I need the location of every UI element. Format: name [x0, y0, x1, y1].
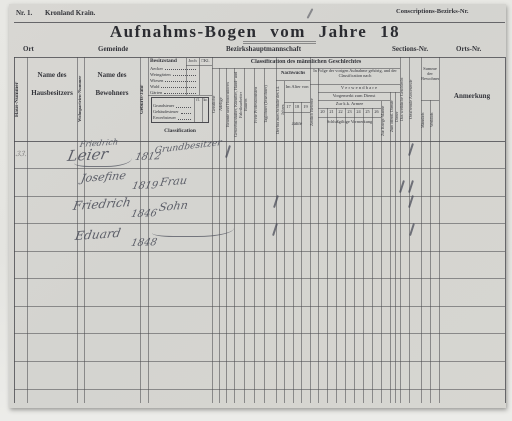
- grid-line: [318, 108, 381, 109]
- grid-line: [318, 141, 319, 403]
- marine-col: Zur Kriegs-Marine: [381, 102, 390, 139]
- handwritten-entry: 1848: [130, 237, 158, 249]
- armee-year: 21: [327, 110, 336, 115]
- grid-line: [381, 141, 382, 403]
- nachwuchs-year: 19: [301, 104, 310, 109]
- conscription-district-label: Conscriptions-Bezirks-Nr.: [396, 8, 469, 15]
- nachwuchs-year: 18: [293, 104, 301, 109]
- grid-line: [254, 68, 255, 141]
- jahre-label: Jahre: [284, 122, 310, 128]
- ortsfremde-col: Ortsfremde Anwesende: [409, 59, 421, 139]
- besitzstand-title: Besitzstand: [150, 58, 184, 64]
- grid-line: [14, 196, 505, 197]
- handwritten-entry: 33.: [15, 150, 28, 158]
- grid-line: [354, 141, 355, 403]
- grid-line: [318, 92, 400, 93]
- armee-year: 23: [345, 110, 354, 115]
- class-col-tagloehner: Taglöhner (Inwohner): [264, 70, 276, 139]
- grid-line: [345, 141, 346, 403]
- grid-line: [327, 108, 328, 141]
- col-header-hausbesitzer: Name des Hausbesitzers: [28, 66, 76, 140]
- grid-line: [212, 68, 400, 69]
- klafter-unit-label: □Kl.: [199, 58, 212, 63]
- grid-line: [243, 43, 316, 44]
- grid-line: [327, 141, 328, 403]
- grid-line: [27, 141, 28, 403]
- besitz-row: Weingärten: [150, 72, 198, 77]
- grid-line: [140, 57, 141, 141]
- handwritten-entry: 1846: [130, 208, 158, 220]
- grid-line: [226, 68, 227, 141]
- grid-line: [390, 92, 391, 141]
- grid-line: [301, 141, 302, 403]
- grid-line: [395, 92, 396, 141]
- grid-line: [421, 141, 422, 403]
- grid-line: [310, 57, 311, 141]
- grid-line: [430, 100, 431, 141]
- armee-year: 20: [318, 110, 327, 115]
- steuer-row: Gebäudesteuer: [153, 110, 193, 115]
- grid-line: [219, 68, 220, 141]
- grid-line: [148, 57, 149, 141]
- grid-line: [284, 81, 285, 141]
- nachwuchs-year: 17: [284, 104, 293, 109]
- male-classification-group-title: Classification des männlichen Geschlecht…: [212, 59, 400, 66]
- summe-header: Summe der Bewohner: [421, 66, 439, 98]
- scanned-form: Nr. 1. Kronland Krain. Conscriptions-Bez…: [0, 0, 512, 421]
- infolge-title: In Folge der vorigen Aufnahme gehörig, u…: [311, 69, 399, 83]
- grid-line: [14, 57, 15, 141]
- armee-year: 25: [363, 110, 372, 115]
- armee-year: 24: [354, 110, 363, 115]
- sections-nr-label: Sections-Nr.: [392, 45, 428, 53]
- grid-line: [409, 141, 410, 403]
- grid-line: [264, 141, 265, 403]
- grid-line: [293, 102, 294, 141]
- grid-line: [354, 108, 355, 141]
- bezirkshauptmannschaft-label: Bezirkshauptmannschaft: [226, 45, 301, 53]
- grid-line: [318, 100, 390, 101]
- summe-weiblich-col: Weiblich: [430, 101, 439, 139]
- besitz-row: Wald: [150, 84, 198, 89]
- steuer-row: Grundsteuer: [153, 104, 193, 109]
- col-header-geburtsjahr: Geburts-Jahr: [140, 59, 148, 139]
- crownland-label: Kronland Krain.: [45, 9, 95, 17]
- grid-line: [14, 141, 15, 403]
- grid-line: [243, 41, 316, 42]
- grid-line: [77, 141, 78, 403]
- besitz-row: Aecker: [150, 66, 198, 71]
- grid-line: [14, 333, 505, 334]
- grid-line: [199, 58, 200, 95]
- form-title: Aufnahms-Bogen vom Jahre 18: [60, 22, 450, 42]
- grid-line: [202, 97, 203, 123]
- grid-line: [254, 141, 255, 403]
- grid-line: [14, 389, 505, 390]
- grid-line: [505, 141, 506, 403]
- armee-year: 22: [336, 110, 345, 115]
- joch-unit-label: Joch: [186, 58, 199, 63]
- weibliches-geschlecht-col: Das weibliche Geschlecht: [400, 59, 409, 139]
- grid-line: [400, 57, 401, 141]
- grid-line: [318, 68, 319, 141]
- summe-maennlich-col: Männlich: [421, 101, 430, 139]
- ort-label: Ort: [23, 45, 34, 53]
- grid-line: [212, 141, 213, 403]
- classification-label: Classification: [148, 128, 212, 134]
- grid-line: [439, 141, 440, 403]
- anmerkung-header: Anmerkung: [439, 92, 505, 100]
- nachwuchs-bis14-col: Der bis zum Schluße des 14. Jahres: [276, 81, 284, 139]
- grid-line: [310, 84, 400, 85]
- grid-line: [430, 141, 431, 403]
- grid-line: [194, 97, 195, 123]
- fl-unit-label: fl.: [194, 98, 202, 103]
- col-header-haus-nummer: Haus-Nummer: [14, 59, 27, 139]
- grid-line: [284, 141, 285, 403]
- grid-line: [293, 141, 294, 403]
- grid-line: [14, 278, 505, 279]
- grid-line: [301, 102, 302, 141]
- grid-line: [276, 141, 277, 403]
- grid-line: [234, 68, 235, 141]
- grid-line: [276, 57, 277, 141]
- gemeinde-label: Gemeinde: [98, 45, 128, 53]
- kr-unit-label: kr.: [202, 98, 209, 103]
- grid-line: [400, 141, 401, 403]
- zur-armee-label: Zur k.k. Armee: [318, 101, 381, 106]
- grid-line: [212, 57, 213, 141]
- grid-line: [505, 57, 506, 141]
- class-col-adelige: Adelige: [219, 70, 226, 139]
- class-col-gewerbsinhaber: Gewerbsinhaber, Künstler, Hand- und Fabr…: [234, 70, 244, 139]
- grid-line: [336, 141, 337, 403]
- grid-line: [345, 108, 346, 141]
- grid-line: [439, 57, 440, 141]
- col-header-wohnparteien-nummer: Wohnparteien-Nummer: [77, 59, 84, 139]
- befreite-col: Zeitlich Befreite: [310, 85, 318, 139]
- grid-line: [14, 223, 505, 224]
- col-header-bewohner: Name des Bewohners: [86, 66, 138, 140]
- handwritten-entry: Frau: [159, 174, 188, 189]
- grid-line: [14, 168, 505, 169]
- grid-line: [421, 100, 439, 101]
- im-alter-von-label: Im Alter von: [284, 84, 310, 101]
- grid-line: [14, 306, 505, 307]
- grid-line: [14, 22, 505, 23]
- grid-line: [310, 141, 311, 403]
- grid-line: [409, 57, 410, 141]
- grid-line: [14, 361, 505, 362]
- grid-line: [336, 108, 337, 141]
- armee-year: 26: [372, 110, 381, 115]
- grid-line: [264, 68, 265, 141]
- grid-line: [77, 57, 78, 141]
- grid-line: [27, 57, 28, 141]
- handwritten-entry: Sohn: [158, 199, 189, 214]
- grid-line: [148, 95, 212, 96]
- grid-line: [14, 251, 505, 252]
- class-col-bauern: Bauern: [244, 70, 254, 139]
- nachwuchs-title: Nachwuchs: [276, 71, 310, 77]
- grid-line: [234, 141, 235, 403]
- grid-line: [381, 101, 382, 141]
- grid-line: [372, 108, 373, 141]
- grid-line: [390, 141, 391, 403]
- grid-line: [276, 80, 310, 81]
- grid-line: [84, 57, 85, 141]
- besitz-row: Wiesen: [150, 78, 198, 83]
- grid-line: [395, 141, 396, 403]
- grid-line: [219, 141, 220, 403]
- grid-line: [284, 112, 310, 113]
- vormerk-label: Schlußgiltige Vormerkung: [320, 120, 379, 125]
- grid-line: [318, 117, 381, 118]
- grid-line: [186, 58, 187, 95]
- handwritten-entry: 1819: [131, 180, 159, 192]
- form-number: Nr. 1.: [16, 9, 32, 17]
- steuer-row: Erwerbsteuer: [153, 116, 193, 121]
- class-col-beamte: Beamte und Honoratioren: [226, 70, 234, 139]
- orts-nr-label: Orts-Nr.: [456, 45, 481, 53]
- class-col-professionisten: Freie Professionisten: [254, 70, 264, 139]
- grid-line: [226, 141, 227, 403]
- class-col-geistliche: Geistliche: [212, 70, 219, 139]
- grid-line: [363, 141, 364, 403]
- grid-line: [284, 102, 310, 103]
- grid-line: [244, 141, 245, 403]
- grid-line: [363, 108, 364, 141]
- vorgemerkt-label: Vorgemerkt zum Dienst: [318, 93, 390, 98]
- grid-line: [421, 57, 422, 141]
- grid-line: [14, 57, 505, 58]
- verwendbare-label: V e r w e n d b a r e: [318, 85, 400, 90]
- grid-line: [372, 141, 373, 403]
- grid-line: [244, 68, 245, 141]
